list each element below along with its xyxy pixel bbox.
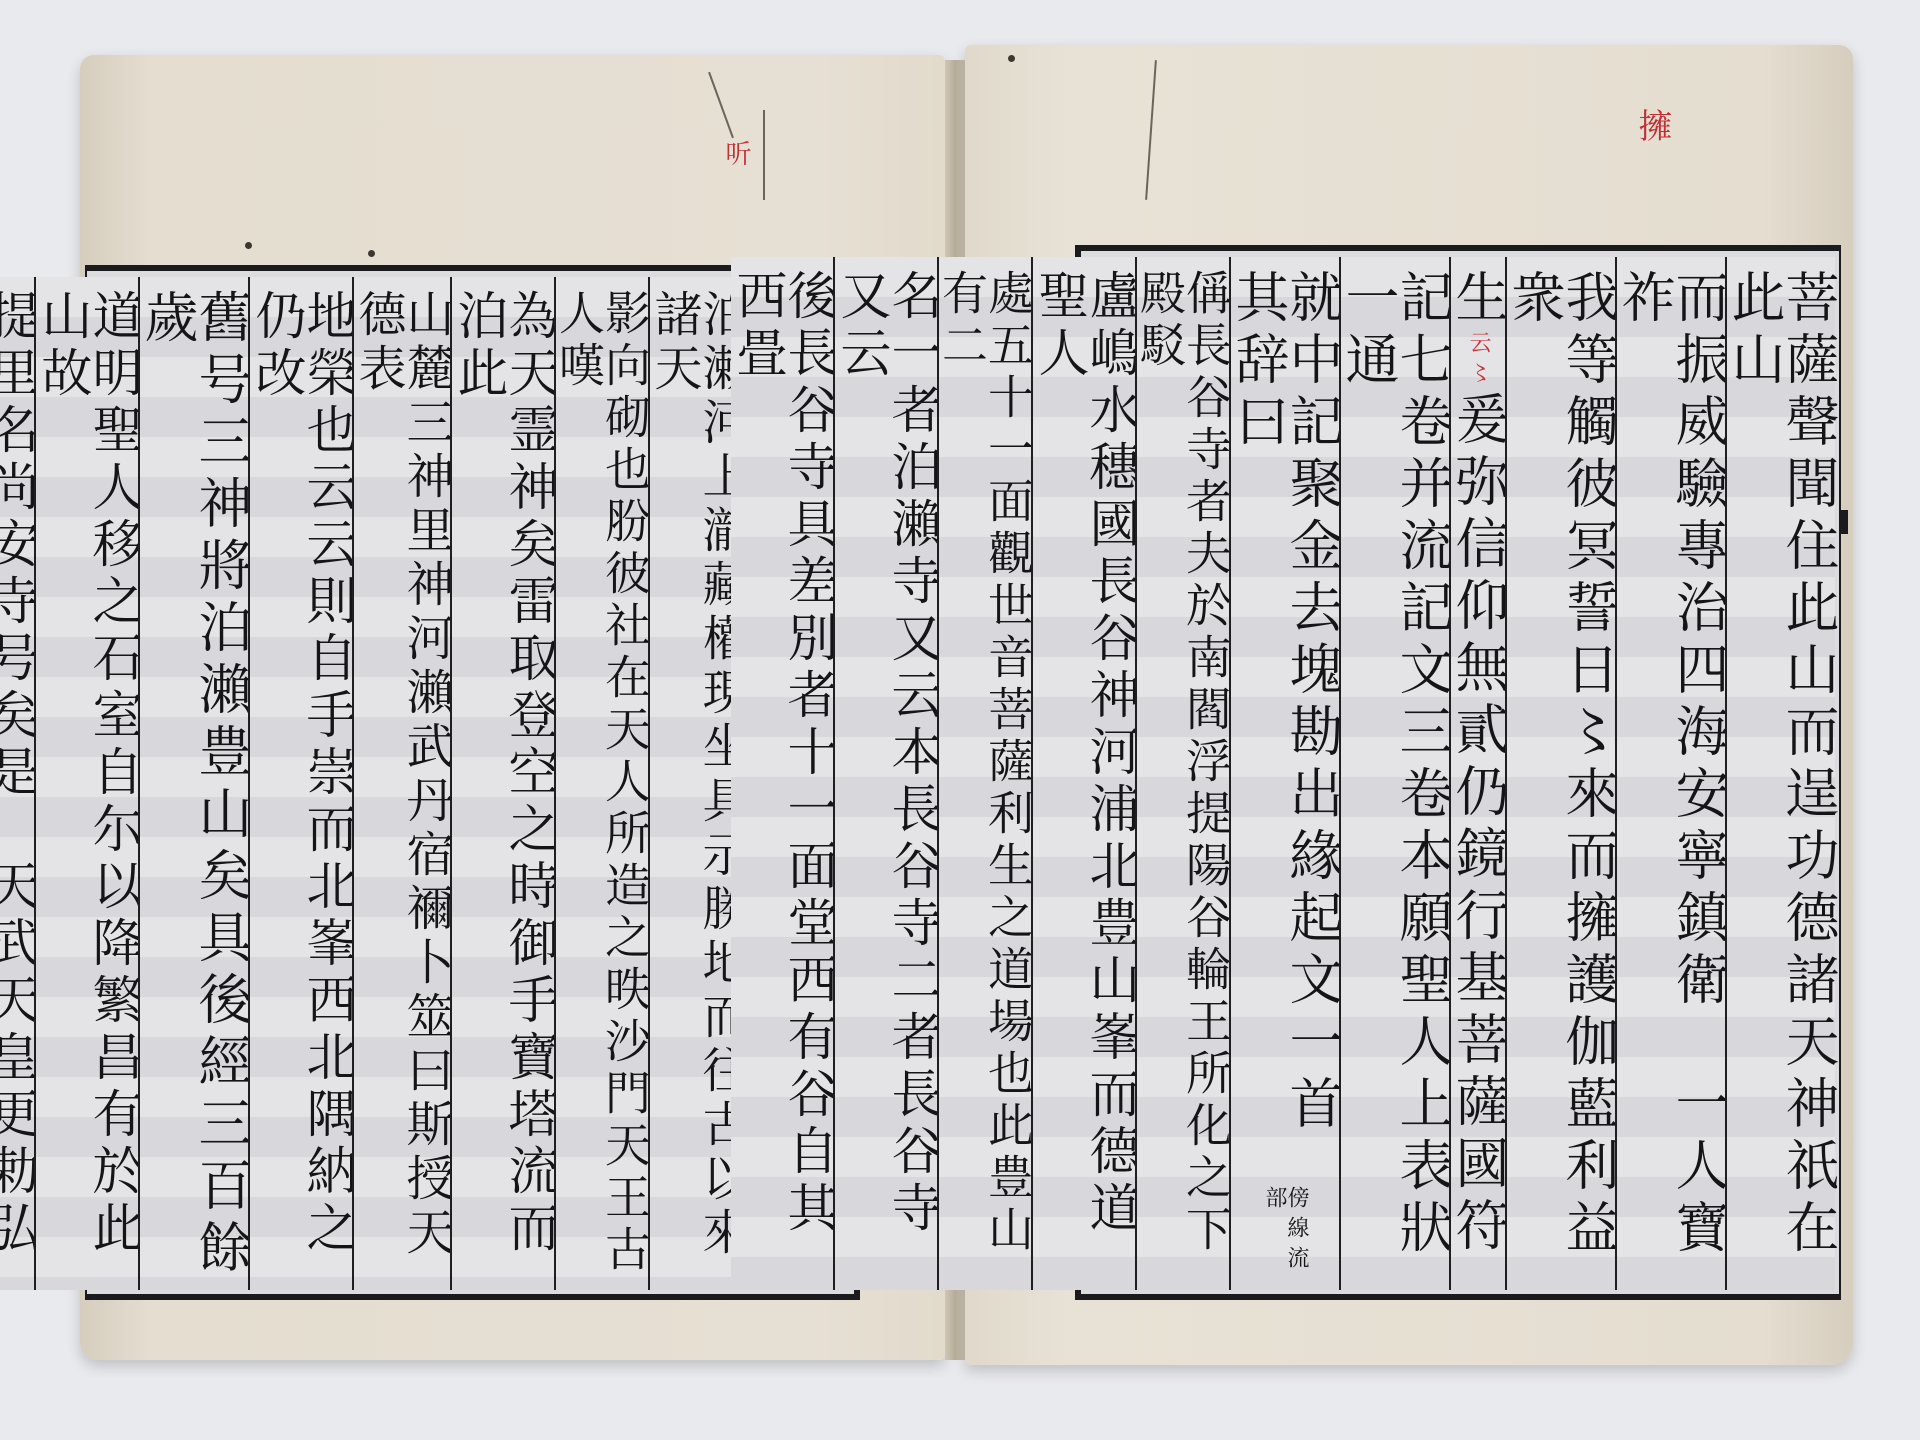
text-column: 後長谷寺具差別者十一面堂西有谷自其西畳 [731, 257, 833, 1290]
text-column: 記七卷并流記文三卷本願聖人上表狀一通 [1339, 257, 1449, 1290]
paper-tear [763, 110, 765, 200]
right-margin-annotation: 擁 [1628, 108, 1677, 142]
text-column: 舊号三神將泊瀨豊山矣具後經三百餘歲 [138, 277, 248, 1290]
text-column: 為天霊神矣雷取登空之時御手寶塔流而泊此 [450, 277, 554, 1290]
text-column: 生 云〻 爰弥信仰無貳仍鏡行基菩薩國符 [1449, 257, 1505, 1290]
text-column: 盧嶋水穗國長谷神河浦北豊山峯而德道聖人 [1031, 257, 1135, 1290]
interlinear-note: 云〻 [1467, 331, 1489, 391]
text-column: 名一者泊瀨寺又云本長谷寺二者長谷寺又云 [833, 257, 937, 1290]
text-column: 菩薩聲聞住此山而逞功德諸天神祇在此山 [1725, 257, 1835, 1290]
text-column: 就中記聚金去塊勘出緣起文一首其辞曰 傍線流部 [1229, 257, 1339, 1290]
left-margin-annotation: 听 [718, 140, 755, 166]
text-column: 處五十一面觀世音菩薩利生之道場也此豊山有二 [937, 257, 1031, 1290]
right-columns: 菩薩聲聞住此山而逞功德諸天神祇在此山 而振威驗專治四海安寧鎮衛 一人寶祚 我等觸… [1085, 257, 1835, 1290]
binding-hole [368, 250, 375, 257]
binding-hole [1008, 55, 1015, 62]
binding-hole [245, 242, 252, 249]
text-column: 提里名尚安寺号矣是 天武天皇更勅弘福寺 [0, 277, 34, 1290]
right-text-frame: 菩薩聲聞住此山而逞功德諸天神祇在此山 而振威驗專治四海安寧鎮衛 一人寶祚 我等觸… [1075, 245, 1841, 1300]
text-column: 地榮也云云則自手崇而北峯西北隅納之仍改 [248, 277, 352, 1290]
interlinear-note: 傍線流部 [1263, 1186, 1307, 1290]
text-column: 偁長谷寺者夫於南閻浮提陽谷輪王所化之下殿駁 [1135, 257, 1229, 1290]
text-column: 山麓三神里神河瀨武丹宿禰卜筮曰斯授天德表 [352, 277, 450, 1290]
text-column: 道明聖人移之石室自尓以降繁昌有於此山故 [34, 277, 138, 1290]
text-column: 我等觸彼冥誓日〻來而擁護伽藍利益衆 [1505, 257, 1615, 1290]
text-column: 而振威驗專治四海安寧鎮衛 一人寶祚 [1615, 257, 1725, 1290]
text-column: 影向砌也肦彼社在天人所造之昳沙門天王古人嘆 [554, 277, 648, 1290]
